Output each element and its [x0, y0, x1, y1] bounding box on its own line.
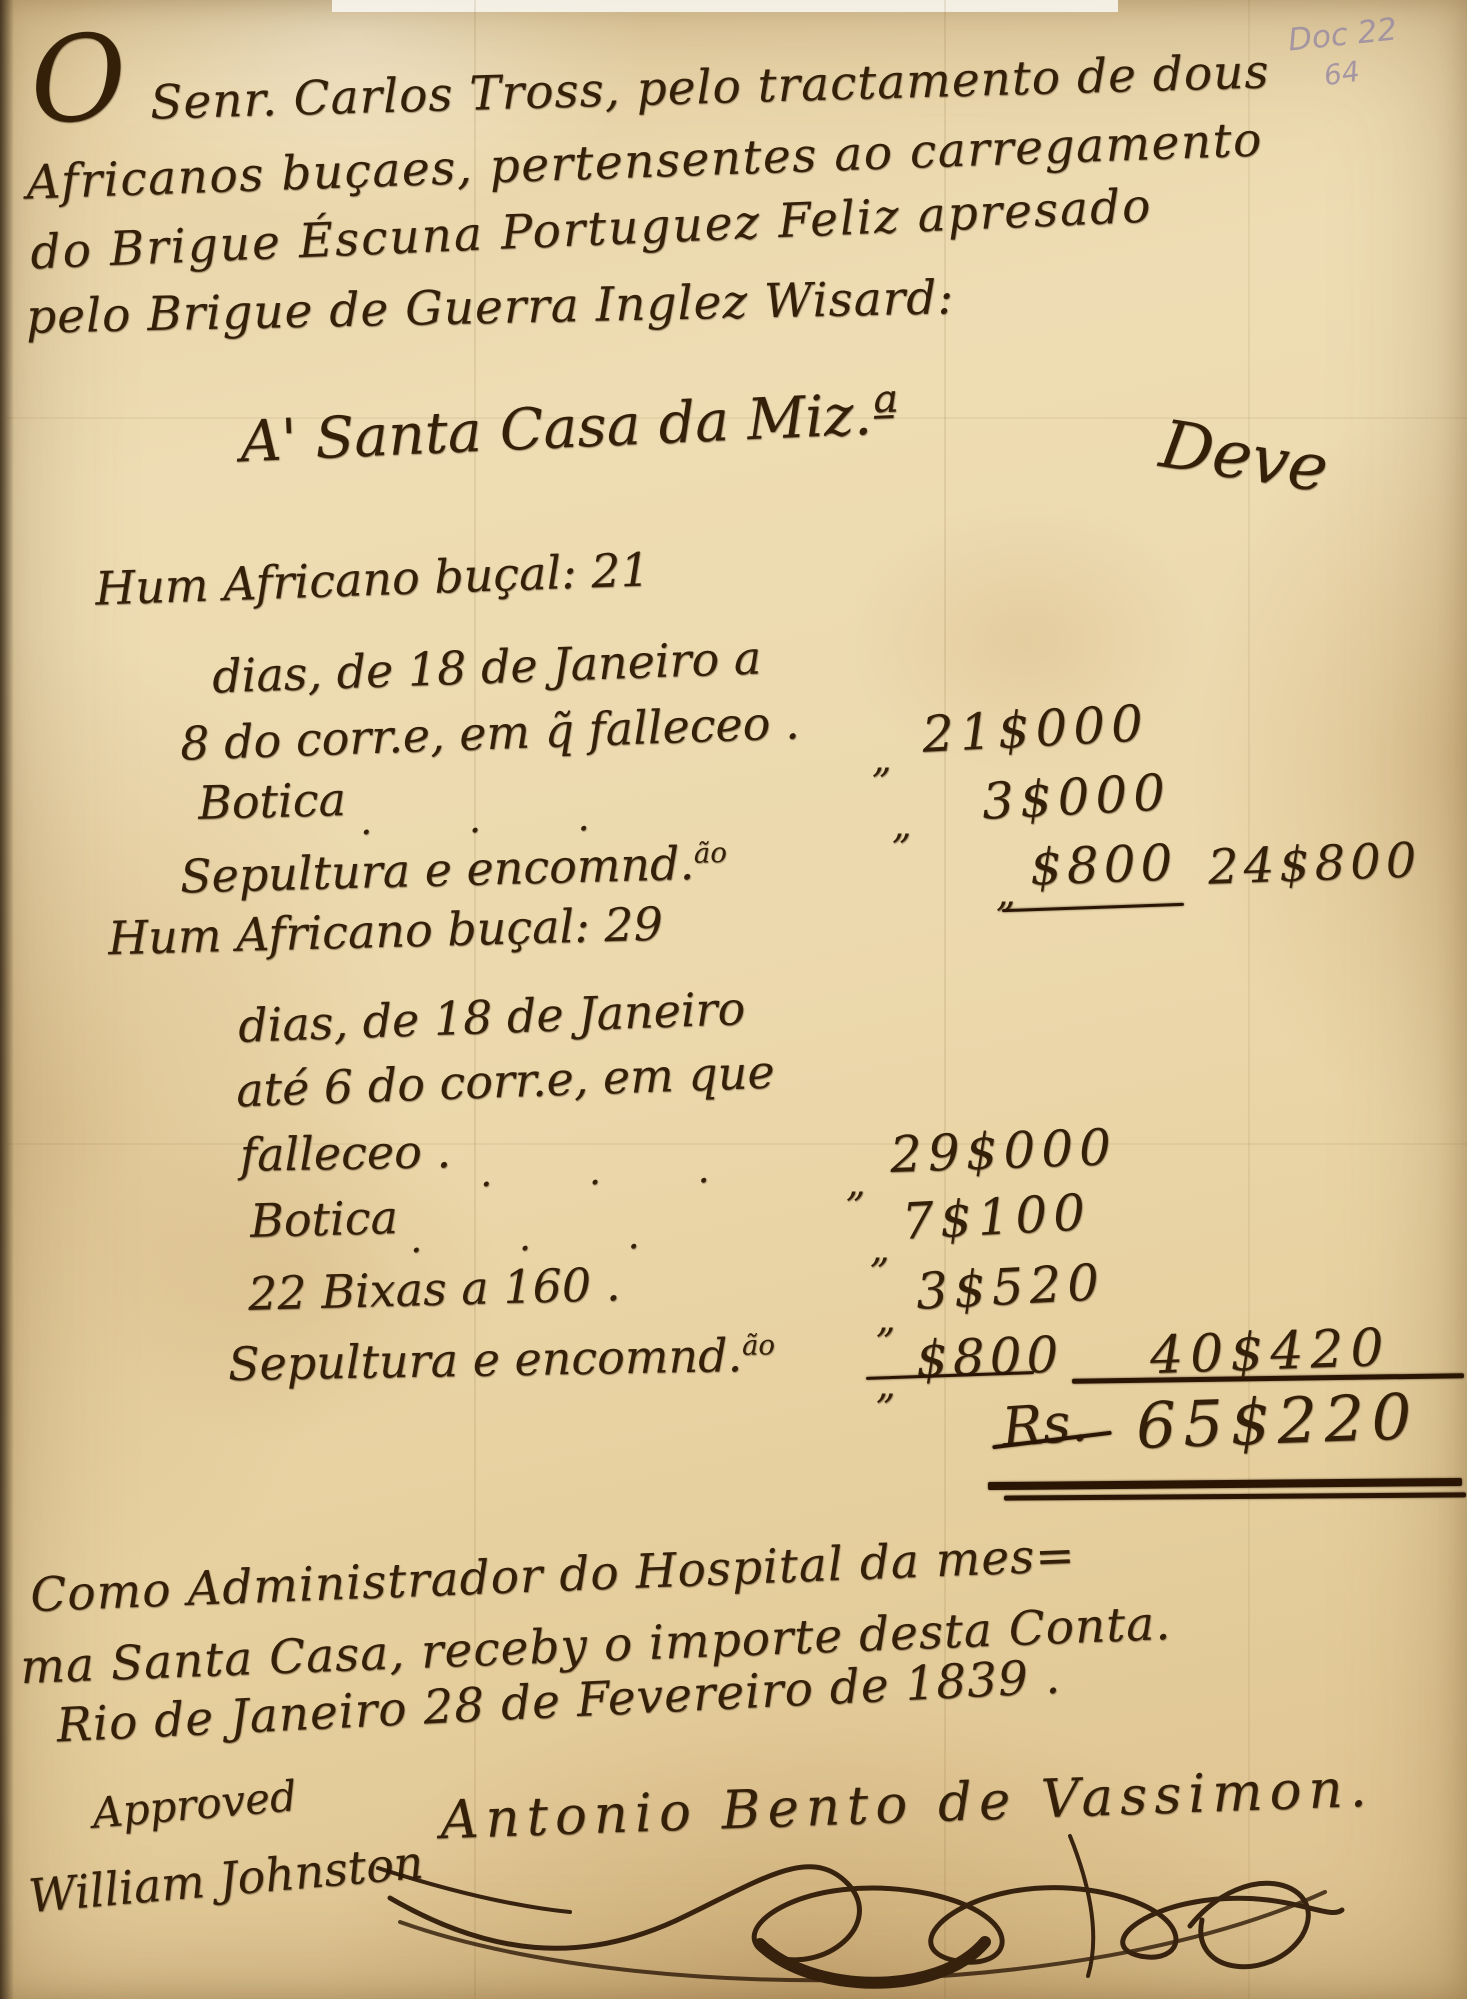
- ink-rule: [1002, 903, 1184, 912]
- item1-amount-treatment: 21$000: [921, 698, 1150, 760]
- item1-botica-label: Botica: [197, 776, 346, 826]
- approver-signature: William Johnston: [27, 1839, 425, 1919]
- item2-line-3: até 6 do corr.e, em que: [235, 1049, 775, 1114]
- item1-amount-botica: 3$000: [981, 767, 1172, 827]
- fold-crease: [1248, 0, 1250, 1999]
- item1-sepultura-label: Sepultura e encomnd.ão: [179, 839, 727, 900]
- scan-edge-sliver: [332, 0, 1118, 12]
- opening-initial: O: [26, 17, 131, 141]
- item2-bixas-label: 22 Bixas a 160 .: [247, 1261, 620, 1317]
- item2-amount-botica: 7$100: [901, 1187, 1092, 1247]
- item2-amount-treatment: 29$000: [889, 1122, 1117, 1180]
- abbreviation-superscript: ão: [742, 1328, 776, 1362]
- ditto-mark: „: [870, 1230, 890, 1268]
- dot-leader: . . .: [360, 798, 590, 840]
- ditto-mark: „: [876, 1366, 896, 1404]
- item1-subtotal: 24$800: [1207, 836, 1422, 891]
- total-amount: 65$220: [1135, 1385, 1420, 1458]
- manuscript-page: Doc 22 64 O Senr. Carlos Tross, pelo tra…: [0, 0, 1467, 1999]
- binding-edge-shadow: [0, 0, 14, 1999]
- charge-label: Sepultura e encomnd.: [179, 836, 694, 903]
- header-line-4: pelo Brigue de Guerra Inglez Wisard:: [26, 274, 955, 340]
- pencil-doc-number: Doc 22: [1287, 14, 1399, 56]
- item1-line-3: 8 do corr.e, em q̃ falleceo .: [179, 699, 800, 767]
- item2-sepultura-label: Sepultura e encomnd.ão: [228, 1331, 776, 1387]
- ditto-mark: „: [876, 1300, 896, 1338]
- addressee-heading: A' Santa Casa da Miz.ª: [239, 386, 900, 472]
- item2-amount-bixas: 3$520: [915, 1257, 1106, 1317]
- charge-label: Sepultura e encomnd.: [228, 1328, 743, 1391]
- ditto-mark: „: [996, 874, 1016, 912]
- item2-botica-label: Botica: [249, 1194, 398, 1244]
- dot-leader: . . .: [480, 1150, 710, 1192]
- item1-line-1: Hum Africano buçal: 21: [94, 546, 650, 611]
- item1-line-2: dias, de 18 de Janeiro a: [211, 634, 762, 699]
- abbreviation-superscript: ão: [693, 836, 727, 870]
- total-rule-top: [988, 1478, 1462, 1490]
- approved-label: Approved: [91, 1775, 299, 1835]
- item2-subtotal: 40$420: [1149, 1322, 1391, 1382]
- total-rule-bottom: [1004, 1492, 1466, 1500]
- header-line-1: Senr. Carlos Tross, pelo tractamento de …: [150, 48, 1271, 126]
- ditto-mark: „: [892, 806, 912, 844]
- signature-flourish: [370, 1826, 1370, 1996]
- pencil-folio-number: 64: [1322, 58, 1361, 91]
- debit-label: Deve: [1156, 411, 1333, 503]
- ditto-mark: „: [872, 740, 892, 778]
- item2-line-2: dias, de 18 de Janeiro: [237, 985, 746, 1049]
- dot-leader: . . .: [410, 1216, 640, 1258]
- item2-line-4: falleceo .: [240, 1128, 452, 1178]
- fold-crease-horizontal: [0, 1143, 1467, 1145]
- ditto-mark: „: [846, 1164, 866, 1202]
- item1-amount-sepultura: $800: [1029, 837, 1178, 892]
- item2-line-1: Hum Africano buçal: 29: [107, 901, 663, 962]
